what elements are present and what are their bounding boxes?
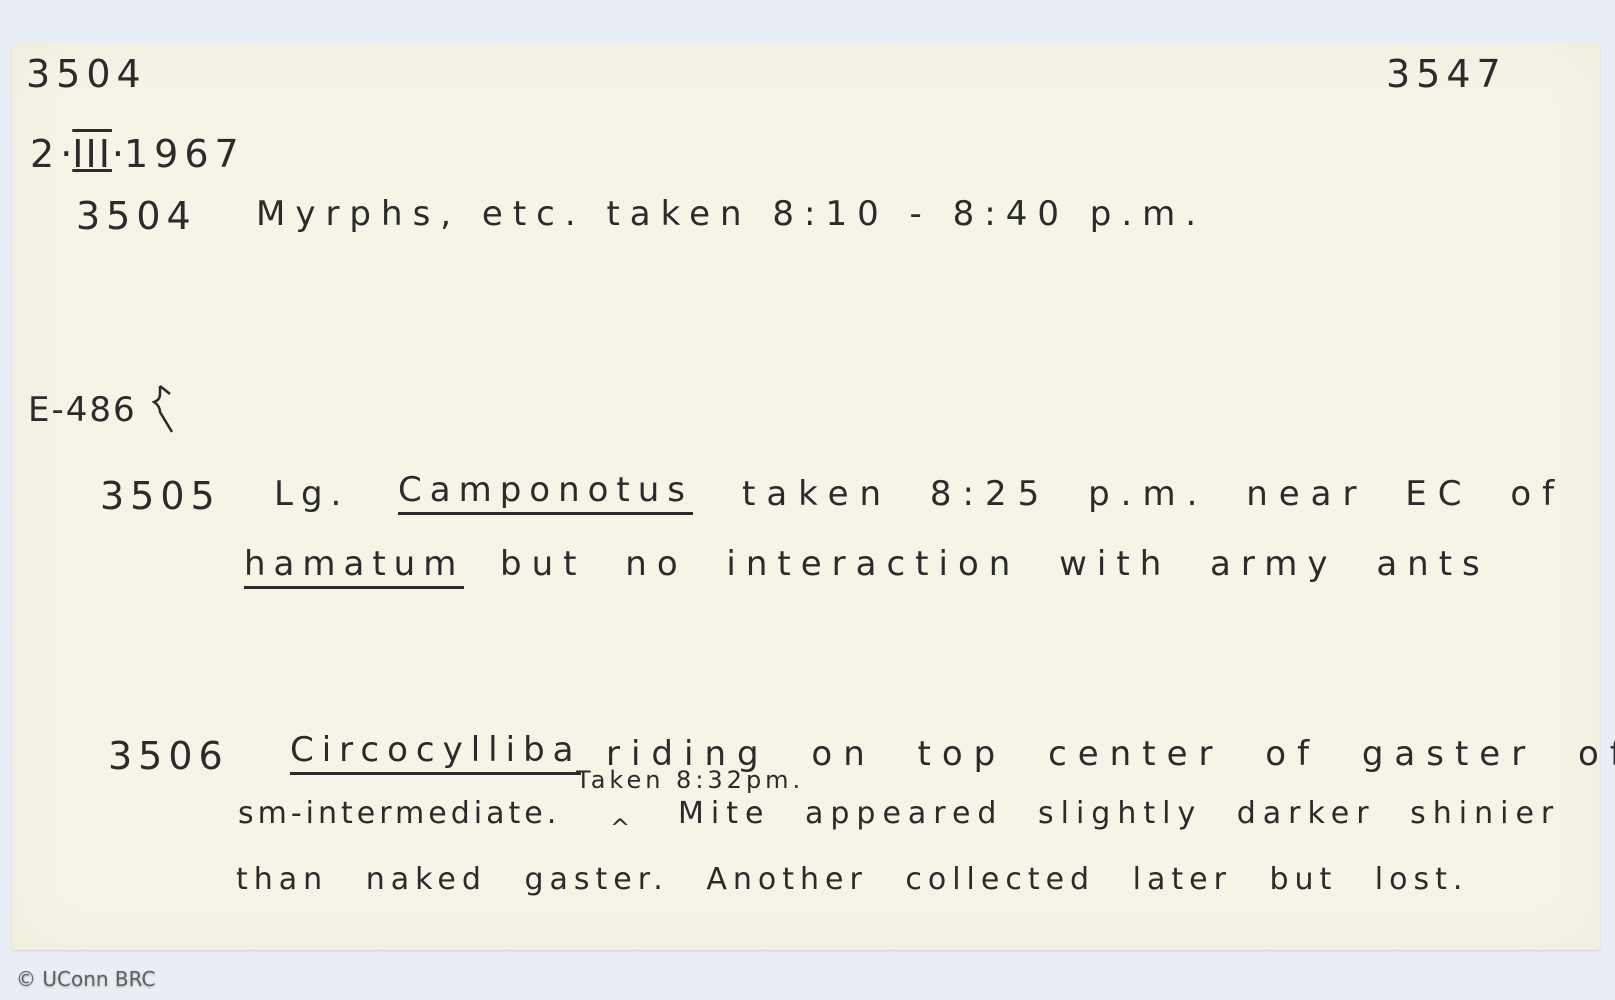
card-number-top-left: 3504 — [26, 52, 147, 96]
date-month-roman: III — [72, 132, 112, 176]
entry-3506-number: 3506 — [108, 734, 229, 778]
entry-3505-number: 3505 — [100, 474, 221, 518]
entry-3505-genus: Camponotus — [398, 470, 693, 515]
brace-icon — [152, 384, 174, 434]
date-year: 1967 — [124, 132, 245, 176]
card-number-top-right: 3547 — [1386, 52, 1507, 96]
entry-3506-insertion: Taken 8:32pm. — [576, 766, 804, 794]
copyright-credit: © UConn BRC — [16, 967, 156, 991]
entry-3505-prefix: Lg. — [274, 474, 349, 514]
insertion-caret: ^ — [610, 814, 630, 842]
entry-3506-genus: Circocylliba — [290, 730, 581, 775]
entry-3504-number: 3504 — [76, 194, 197, 238]
entry-3504-text: Myrphs, etc. taken 8:10 - 8:40 p.m. — [256, 194, 1206, 234]
date-day: 2 — [30, 132, 60, 176]
entry-3505-line2: but no interaction with army ants — [500, 544, 1490, 584]
entry-3506-line3: than naked gaster. Another collected lat… — [236, 862, 1468, 897]
entry-3505-species: hamatum — [244, 544, 464, 589]
entry-3506-line2-rest: Mite appeared slightly darker shinier — [678, 796, 1560, 831]
side-label-e486: E-486 — [28, 390, 137, 430]
date-line: 2·III·1967 — [30, 132, 245, 176]
index-card: 3504 3547 2·III·1967 3504 Myrphs, etc. t… — [12, 44, 1600, 950]
entry-3506-line2: sm-intermediate. — [238, 796, 560, 831]
entry-3505-line1: taken 8:25 p.m. near EC of — [742, 474, 1565, 514]
